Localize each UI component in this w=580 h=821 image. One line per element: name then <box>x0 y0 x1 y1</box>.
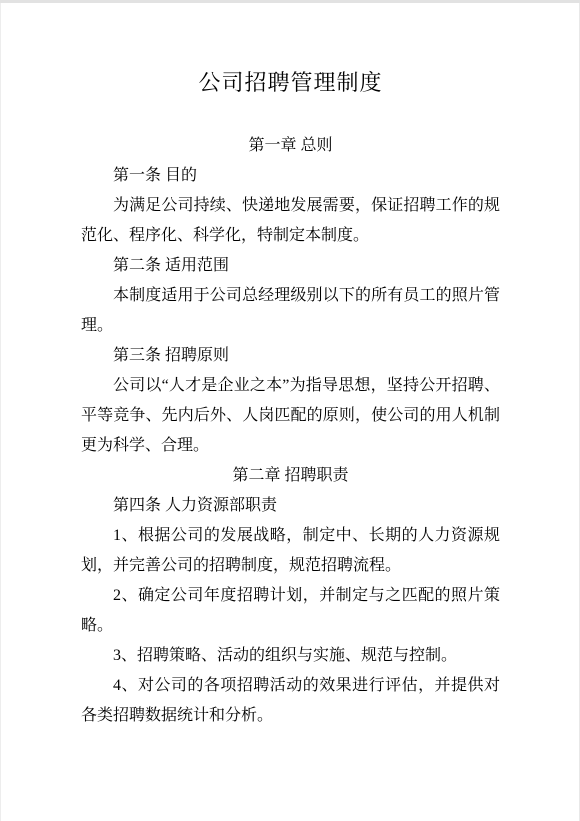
document-page: 公司招聘管理制度 第一章 总则第一条 目的为满足公司持续、快递地发展需要，保证招… <box>0 0 580 821</box>
document-content: 公司招聘管理制度 第一章 总则第一条 目的为满足公司持续、快递地发展需要，保证招… <box>0 0 580 731</box>
body-paragraph: 公司以“人才是企业之本”为指导思想，坚持公开招聘、平等竞争、先内后外、人岗匹配的… <box>81 371 500 461</box>
body-paragraph: 4、对公司的各项招聘活动的效果进行评估，并提供对各类招聘数据统计和分析。 <box>81 671 500 731</box>
article-heading: 第二条 适用范围 <box>81 251 500 281</box>
chapter-heading: 第一章 总则 <box>81 131 500 161</box>
body-paragraph: 3、招聘策略、活动的组织与实施、规范与控制。 <box>81 641 500 671</box>
article-heading: 第四条 人力资源部职责 <box>81 491 500 521</box>
page-left-edge <box>0 3 1 821</box>
body-paragraph: 1、根据公司的发展战略，制定中、长期的人力资源规划，并完善公司的招聘制度，规范招… <box>81 521 500 581</box>
body-paragraph: 2、确定公司年度招聘计划，并制定与之匹配的照片策略。 <box>81 581 500 641</box>
document-title: 公司招聘管理制度 <box>81 65 500 101</box>
window-top-edge <box>0 0 580 3</box>
chapter-heading: 第二章 招聘职责 <box>81 461 500 491</box>
article-heading: 第一条 目的 <box>81 161 500 191</box>
article-heading: 第三条 招聘原则 <box>81 341 500 371</box>
body-paragraph: 为满足公司持续、快递地发展需要，保证招聘工作的规范化、程序化、科学化，特制定本制… <box>81 191 500 251</box>
document-paragraphs: 第一章 总则第一条 目的为满足公司持续、快递地发展需要，保证招聘工作的规范化、程… <box>81 131 500 731</box>
body-paragraph: 本制度适用于公司总经理级别以下的所有员工的照片管理。 <box>81 281 500 341</box>
